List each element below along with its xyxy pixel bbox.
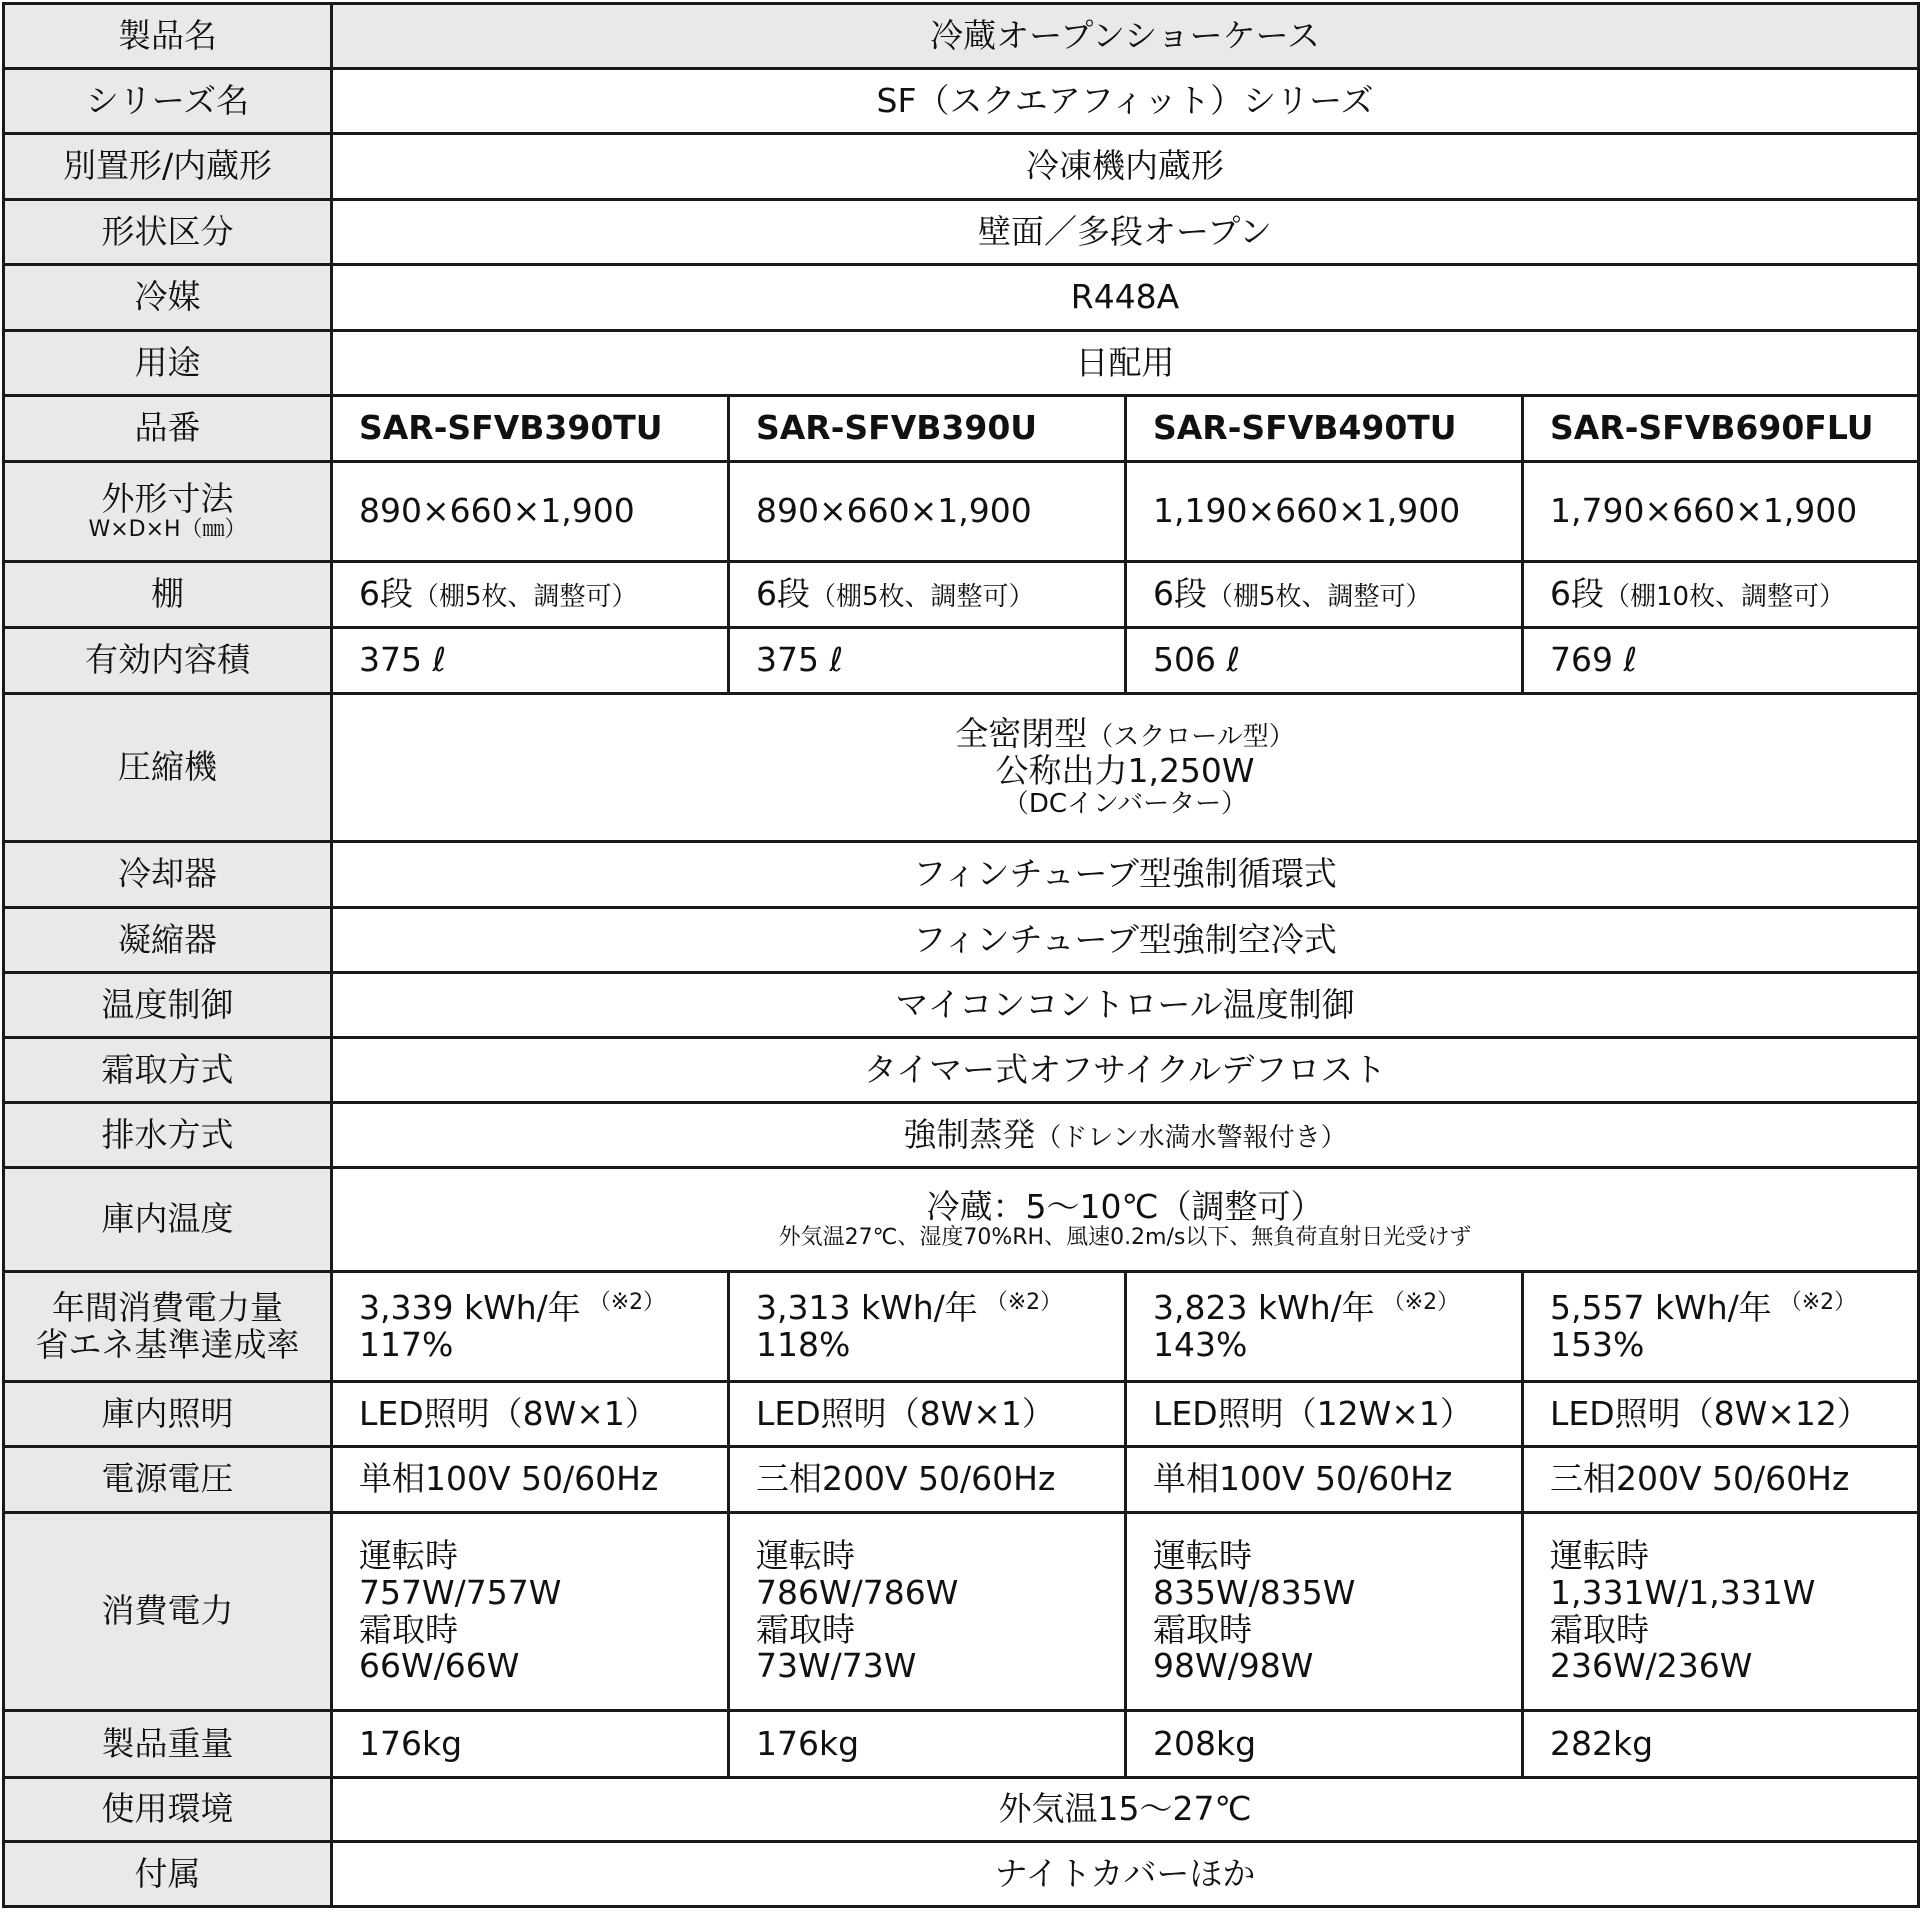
row-weight: 製品重量 176kg 176kg 208kg 282kg [4, 1711, 1919, 1778]
power-3: 運転時 835W/835W 霜取時 98W/98W [1126, 1513, 1523, 1711]
internal-temp-range: 冷蔵：5～10℃（調整可） [333, 1189, 1917, 1226]
annual-kwh-4: 5,557 kWh/年 [1550, 1288, 1772, 1327]
operating-label: 運転時 [756, 1538, 1124, 1575]
shelves-1-main: 6段 [359, 574, 413, 613]
row-temp-control: 温度制御 マイコンコントロール温度制御 [4, 973, 1919, 1038]
label-cooler: 冷却器 [4, 842, 332, 908]
operating-power-4: 1,331W/1,331W [1550, 1575, 1917, 1612]
row-shelves: 棚 6段（棚5枚、調整可） 6段（棚5枚、調整可） 6段（棚5枚、調整可） 6段… [4, 562, 1919, 628]
row-compressor: 圧縮機 全密閉型（スクロール型） 公称出力1,250W （DCインバーター） [4, 694, 1919, 842]
row-defrost: 霜取方式 タイマー式オフサイクルデフロスト [4, 1038, 1919, 1103]
row-internal-temp: 庫内温度 冷蔵：5～10℃（調整可） 外気温27℃、湿度70%RH、風速0.2m… [4, 1168, 1919, 1272]
note-ref: （※2） [1780, 1290, 1856, 1315]
label-dimensions-unit: W×D×H（㎜） [5, 518, 330, 543]
power-1: 運転時 757W/757W 霜取時 66W/66W [332, 1513, 729, 1711]
compressor-inverter: （DCインバーター） [333, 790, 1917, 819]
defrost-power-1: 66W/66W [359, 1648, 727, 1685]
label-dimensions-main: 外形寸法 [5, 481, 330, 518]
internal-temp-condition: 外気温27℃、湿度70%RH、風速0.2m/s以下、無負荷直射日光受けず [333, 1226, 1917, 1251]
label-model-number: 品番 [4, 396, 332, 462]
label-power: 消費電力 [4, 1513, 332, 1711]
label-compressor: 圧縮機 [4, 694, 332, 842]
defrost-power-2: 73W/73W [756, 1648, 1124, 1685]
annual-energy-3: 3,823 kWh/年（※2） 143% [1126, 1272, 1523, 1382]
row-usage: 用途 日配用 [4, 331, 1919, 396]
achievement-rate-3: 143% [1153, 1327, 1521, 1364]
weight-4: 282kg [1523, 1711, 1919, 1778]
value-temp-control: マイコンコントロール温度制御 [332, 973, 1919, 1038]
row-environment: 使用環境 外気温15～27℃ [4, 1778, 1919, 1842]
label-series-name: シリーズ名 [4, 69, 332, 134]
achievement-rate-2: 118% [756, 1327, 1124, 1364]
shelves-3-main: 6段 [1153, 574, 1207, 613]
label-usage: 用途 [4, 331, 332, 396]
value-compressor: 全密閉型（スクロール型） 公称出力1,250W （DCインバーター） [332, 694, 1919, 842]
annual-energy-1: 3,339 kWh/年（※2） 117% [332, 1272, 729, 1382]
row-shape-class: 形状区分 壁面／多段オープン [4, 200, 1919, 265]
shelves-2: 6段（棚5枚、調整可） [729, 562, 1126, 628]
row-model-number: 品番 SAR-SFVB390TU SAR-SFVB390U SAR-SFVB49… [4, 396, 1919, 462]
label-product-name: 製品名 [4, 4, 332, 69]
label-temp-control: 温度制御 [4, 973, 332, 1038]
shelves-3-detail: （棚5枚、調整可） [1207, 582, 1432, 612]
row-series-name: シリーズ名 SF（スクエアフィット）シリーズ [4, 69, 1919, 134]
shelves-4-detail: （棚10枚、調整可） [1604, 582, 1845, 612]
compressor-type-main: 全密閉型 [955, 714, 1087, 753]
row-accessories: 付属 ナイトカバーほか [4, 1842, 1919, 1907]
annual-kwh-1: 3,339 kWh/年 [359, 1288, 581, 1327]
defrost-power-4: 236W/236W [1550, 1648, 1917, 1685]
annual-kwh-3: 3,823 kWh/年 [1153, 1288, 1375, 1327]
shelves-4-main: 6段 [1550, 574, 1604, 613]
value-usage: 日配用 [332, 331, 1919, 396]
row-voltage: 電源電圧 単相100V 50/60Hz 三相200V 50/60Hz 単相100… [4, 1447, 1919, 1513]
model-number-2: SAR-SFVB390U [729, 396, 1126, 462]
label-install-type: 別置形/内蔵形 [4, 134, 332, 200]
operating-label: 運転時 [1550, 1538, 1917, 1575]
weight-2: 176kg [729, 1711, 1126, 1778]
label-weight: 製品重量 [4, 1711, 332, 1778]
lighting-1: LED照明（8W×1） [332, 1382, 729, 1447]
lighting-2: LED照明（8W×1） [729, 1382, 1126, 1447]
spec-table: 製品名 冷蔵オープンショーケース シリーズ名 SF（スクエアフィット）シリーズ … [2, 2, 1920, 1908]
shelves-2-detail: （棚5枚、調整可） [810, 582, 1035, 612]
model-number-4: SAR-SFVB690FLU [1523, 396, 1919, 462]
defrost-power-3: 98W/98W [1153, 1648, 1521, 1685]
power-4: 運転時 1,331W/1,331W 霜取時 236W/236W [1523, 1513, 1919, 1711]
row-cooler: 冷却器 フィンチューブ型強制循環式 [4, 842, 1919, 908]
operating-power-3: 835W/835W [1153, 1575, 1521, 1612]
label-lighting: 庫内照明 [4, 1382, 332, 1447]
value-product-name: 冷蔵オープンショーケース [332, 4, 1919, 69]
voltage-2: 三相200V 50/60Hz [729, 1447, 1126, 1513]
model-number-3: SAR-SFVB490TU [1126, 396, 1523, 462]
note-ref: （※2） [986, 1290, 1062, 1315]
voltage-4: 三相200V 50/60Hz [1523, 1447, 1919, 1513]
label-annual-energy: 年間消費電力量 省エネ基準達成率 [4, 1272, 332, 1382]
shelves-2-main: 6段 [756, 574, 810, 613]
lighting-3: LED照明（12W×1） [1126, 1382, 1523, 1447]
label-environment: 使用環境 [4, 1778, 332, 1842]
compressor-output: 公称出力1,250W [333, 753, 1917, 790]
model-number-1: SAR-SFVB390TU [332, 396, 729, 462]
row-refrigerant: 冷媒 R448A [4, 265, 1919, 331]
voltage-3: 単相100V 50/60Hz [1126, 1447, 1523, 1513]
note-ref: （※2） [1383, 1290, 1459, 1315]
voltage-1: 単相100V 50/60Hz [332, 1447, 729, 1513]
note-ref: （※2） [589, 1290, 665, 1315]
power-2: 運転時 786W/786W 霜取時 73W/73W [729, 1513, 1126, 1711]
lighting-4: LED照明（8W×12） [1523, 1382, 1919, 1447]
defrost-label: 霜取時 [359, 1612, 727, 1649]
drainage-main: 強制蒸発 [903, 1115, 1035, 1154]
row-product-name: 製品名 冷蔵オープンショーケース [4, 4, 1919, 69]
value-series-name: SF（スクエアフィット）シリーズ [332, 69, 1919, 134]
value-install-type: 冷凍機内蔵形 [332, 134, 1919, 200]
label-capacity: 有効内容積 [4, 628, 332, 694]
compressor-type: 全密閉型（スクロール型） [333, 716, 1917, 753]
label-shape-class: 形状区分 [4, 200, 332, 265]
label-internal-temp: 庫内温度 [4, 1168, 332, 1272]
label-defrost: 霜取方式 [4, 1038, 332, 1103]
value-refrigerant: R448A [332, 265, 1919, 331]
shelves-3: 6段（棚5枚、調整可） [1126, 562, 1523, 628]
capacity-3: 506 ℓ [1126, 628, 1523, 694]
capacity-2: 375 ℓ [729, 628, 1126, 694]
value-accessories: ナイトカバーほか [332, 1842, 1919, 1907]
label-annual-energy-2: 省エネ基準達成率 [5, 1327, 330, 1364]
dimensions-4: 1,790×660×1,900 [1523, 462, 1919, 562]
label-shelves: 棚 [4, 562, 332, 628]
annual-energy-4: 5,557 kWh/年（※2） 153% [1523, 1272, 1919, 1382]
operating-power-1: 757W/757W [359, 1575, 727, 1612]
dimensions-1: 890×660×1,900 [332, 462, 729, 562]
defrost-label: 霜取時 [1153, 1612, 1521, 1649]
operating-label: 運転時 [359, 1538, 727, 1575]
achievement-rate-4: 153% [1550, 1327, 1917, 1364]
annual-energy-2: 3,313 kWh/年（※2） 118% [729, 1272, 1126, 1382]
label-annual-energy-1: 年間消費電力量 [5, 1290, 330, 1327]
value-cooler: フィンチューブ型強制循環式 [332, 842, 1919, 908]
value-condenser: フィンチューブ型強制空冷式 [332, 908, 1919, 973]
row-annual-energy: 年間消費電力量 省エネ基準達成率 3,339 kWh/年（※2） 117% 3,… [4, 1272, 1919, 1382]
shelves-1: 6段（棚5枚、調整可） [332, 562, 729, 628]
capacity-1: 375 ℓ [332, 628, 729, 694]
annual-kwh-2: 3,313 kWh/年 [756, 1288, 978, 1327]
dimensions-3: 1,190×660×1,900 [1126, 462, 1523, 562]
capacity-4: 769 ℓ [1523, 628, 1919, 694]
row-condenser: 凝縮器 フィンチューブ型強制空冷式 [4, 908, 1919, 973]
label-voltage: 電源電圧 [4, 1447, 332, 1513]
row-dimensions: 外形寸法 W×D×H（㎜） 890×660×1,900 890×660×1,90… [4, 462, 1919, 562]
row-capacity: 有効内容積 375 ℓ 375 ℓ 506 ℓ 769 ℓ [4, 628, 1919, 694]
label-dimensions: 外形寸法 W×D×H（㎜） [4, 462, 332, 562]
weight-3: 208kg [1126, 1711, 1523, 1778]
value-defrost: タイマー式オフサイクルデフロスト [332, 1038, 1919, 1103]
row-drainage: 排水方式 強制蒸発（ドレン水満水警報付き） [4, 1103, 1919, 1168]
label-refrigerant: 冷媒 [4, 265, 332, 331]
row-install-type: 別置形/内蔵形 冷凍機内蔵形 [4, 134, 1919, 200]
dimensions-2: 890×660×1,900 [729, 462, 1126, 562]
label-drainage: 排水方式 [4, 1103, 332, 1168]
operating-label: 運転時 [1153, 1538, 1521, 1575]
drainage-detail: （ドレン水満水警報付き） [1035, 1123, 1346, 1153]
row-lighting: 庫内照明 LED照明（8W×1） LED照明（8W×1） LED照明（12W×1… [4, 1382, 1919, 1447]
shelves-4: 6段（棚10枚、調整可） [1523, 562, 1919, 628]
value-environment: 外気温15～27℃ [332, 1778, 1919, 1842]
value-internal-temp: 冷蔵：5～10℃（調整可） 外気温27℃、湿度70%RH、風速0.2m/s以下、… [332, 1168, 1919, 1272]
defrost-label: 霜取時 [756, 1612, 1124, 1649]
operating-power-2: 786W/786W [756, 1575, 1124, 1612]
achievement-rate-1: 117% [359, 1327, 727, 1364]
label-accessories: 付属 [4, 1842, 332, 1907]
value-shape-class: 壁面／多段オープン [332, 200, 1919, 265]
value-drainage: 強制蒸発（ドレン水満水警報付き） [332, 1103, 1919, 1168]
weight-1: 176kg [332, 1711, 729, 1778]
shelves-1-detail: （棚5枚、調整可） [413, 582, 638, 612]
row-power: 消費電力 運転時 757W/757W 霜取時 66W/66W 運転時 786W/… [4, 1513, 1919, 1711]
compressor-type-detail: （スクロール型） [1087, 722, 1294, 752]
label-condenser: 凝縮器 [4, 908, 332, 973]
defrost-label: 霜取時 [1550, 1612, 1917, 1649]
